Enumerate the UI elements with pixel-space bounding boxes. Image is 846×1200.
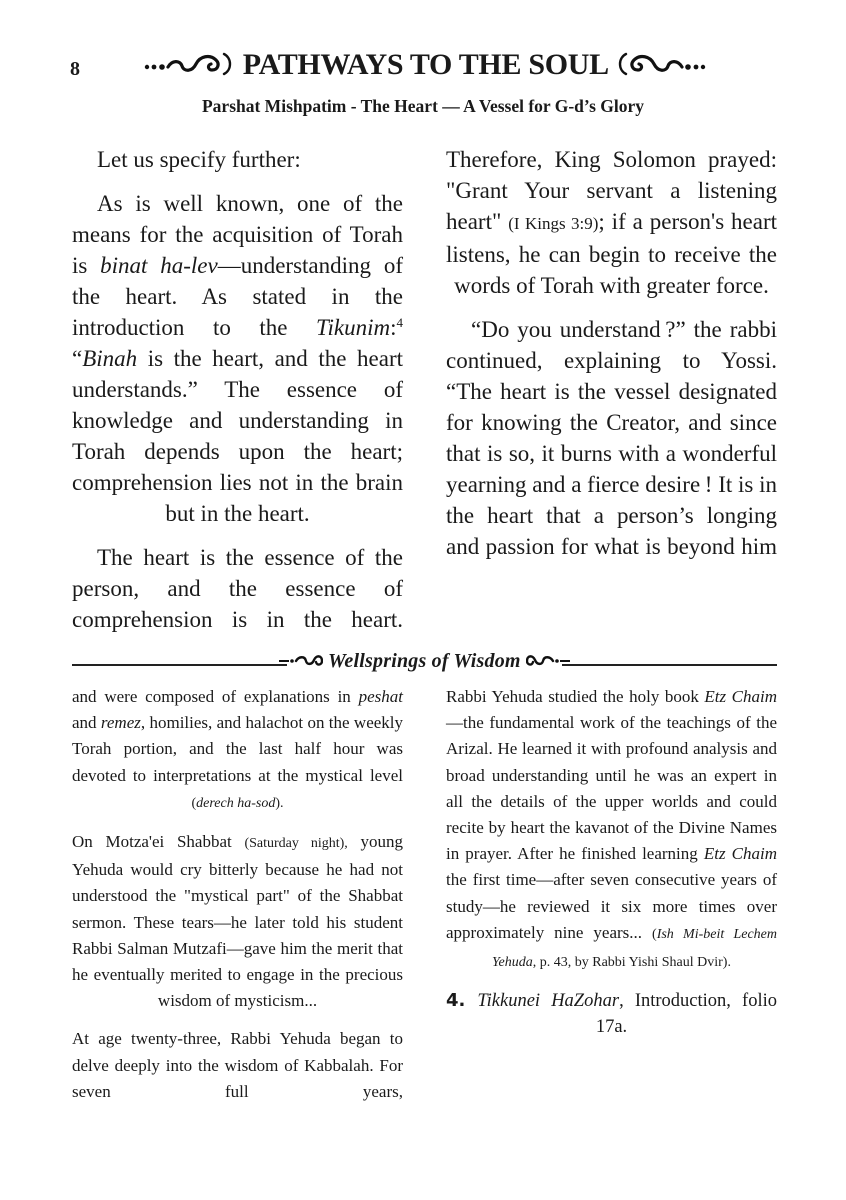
paragraph: As is well known, one of the means for t… bbox=[72, 188, 403, 529]
sidebar-left-column: and were composed of explanations in pes… bbox=[72, 684, 403, 1105]
chapter-subtitle: Parshat Mishpatim - The Heart — A Vessel… bbox=[0, 96, 846, 117]
running-head: PATHWAYS TO THE SOUL bbox=[130, 48, 720, 84]
book-title: PATHWAYS TO THE SOUL bbox=[243, 48, 607, 81]
paragraph: The heart is the essence of the person, … bbox=[72, 542, 403, 635]
paragraph: Let us specify further: bbox=[72, 144, 403, 175]
footnote: 4.Tikkunei HaZohar, Introduction, folio … bbox=[446, 988, 777, 1040]
page-number: 8 bbox=[70, 58, 80, 81]
paragraph: On Motza'ei Shabbat (Saturday night), yo… bbox=[72, 829, 403, 1014]
sidebar-divider: Wellsprings of Wisdom bbox=[72, 650, 777, 680]
left-flourish-ornament-icon bbox=[144, 50, 236, 84]
right-scroll-ornament-icon bbox=[526, 652, 570, 668]
paragraph: At age twenty-three, Rabbi Yehuda began … bbox=[72, 1026, 403, 1105]
sidebar-title: Wellsprings of Wisdom bbox=[72, 650, 777, 673]
main-text-left-column: Let us specify further: As is well known… bbox=[72, 144, 403, 635]
sidebar-right-column: Rabbi Yehuda studied the holy book Etz C… bbox=[446, 684, 777, 1040]
main-text-right-column: Therefore, King Solomon prayed: "Grant Y… bbox=[446, 144, 777, 562]
paragraph: and were composed of explanations in pes… bbox=[72, 684, 403, 817]
footnote-number: 4. bbox=[446, 990, 465, 1011]
bible-reference: (I Kings 3:9) bbox=[508, 214, 598, 233]
right-flourish-ornament-icon bbox=[614, 50, 706, 84]
footnote-reference[interactable]: 4 bbox=[397, 315, 404, 330]
paragraph: Therefore, King Solomon prayed: "Grant Y… bbox=[446, 144, 777, 301]
left-scroll-ornament-icon bbox=[279, 652, 323, 668]
paragraph: Rabbi Yehuda studied the holy book Etz C… bbox=[446, 684, 777, 976]
paragraph: “Do you understand ?” the rabbi continue… bbox=[446, 314, 777, 562]
